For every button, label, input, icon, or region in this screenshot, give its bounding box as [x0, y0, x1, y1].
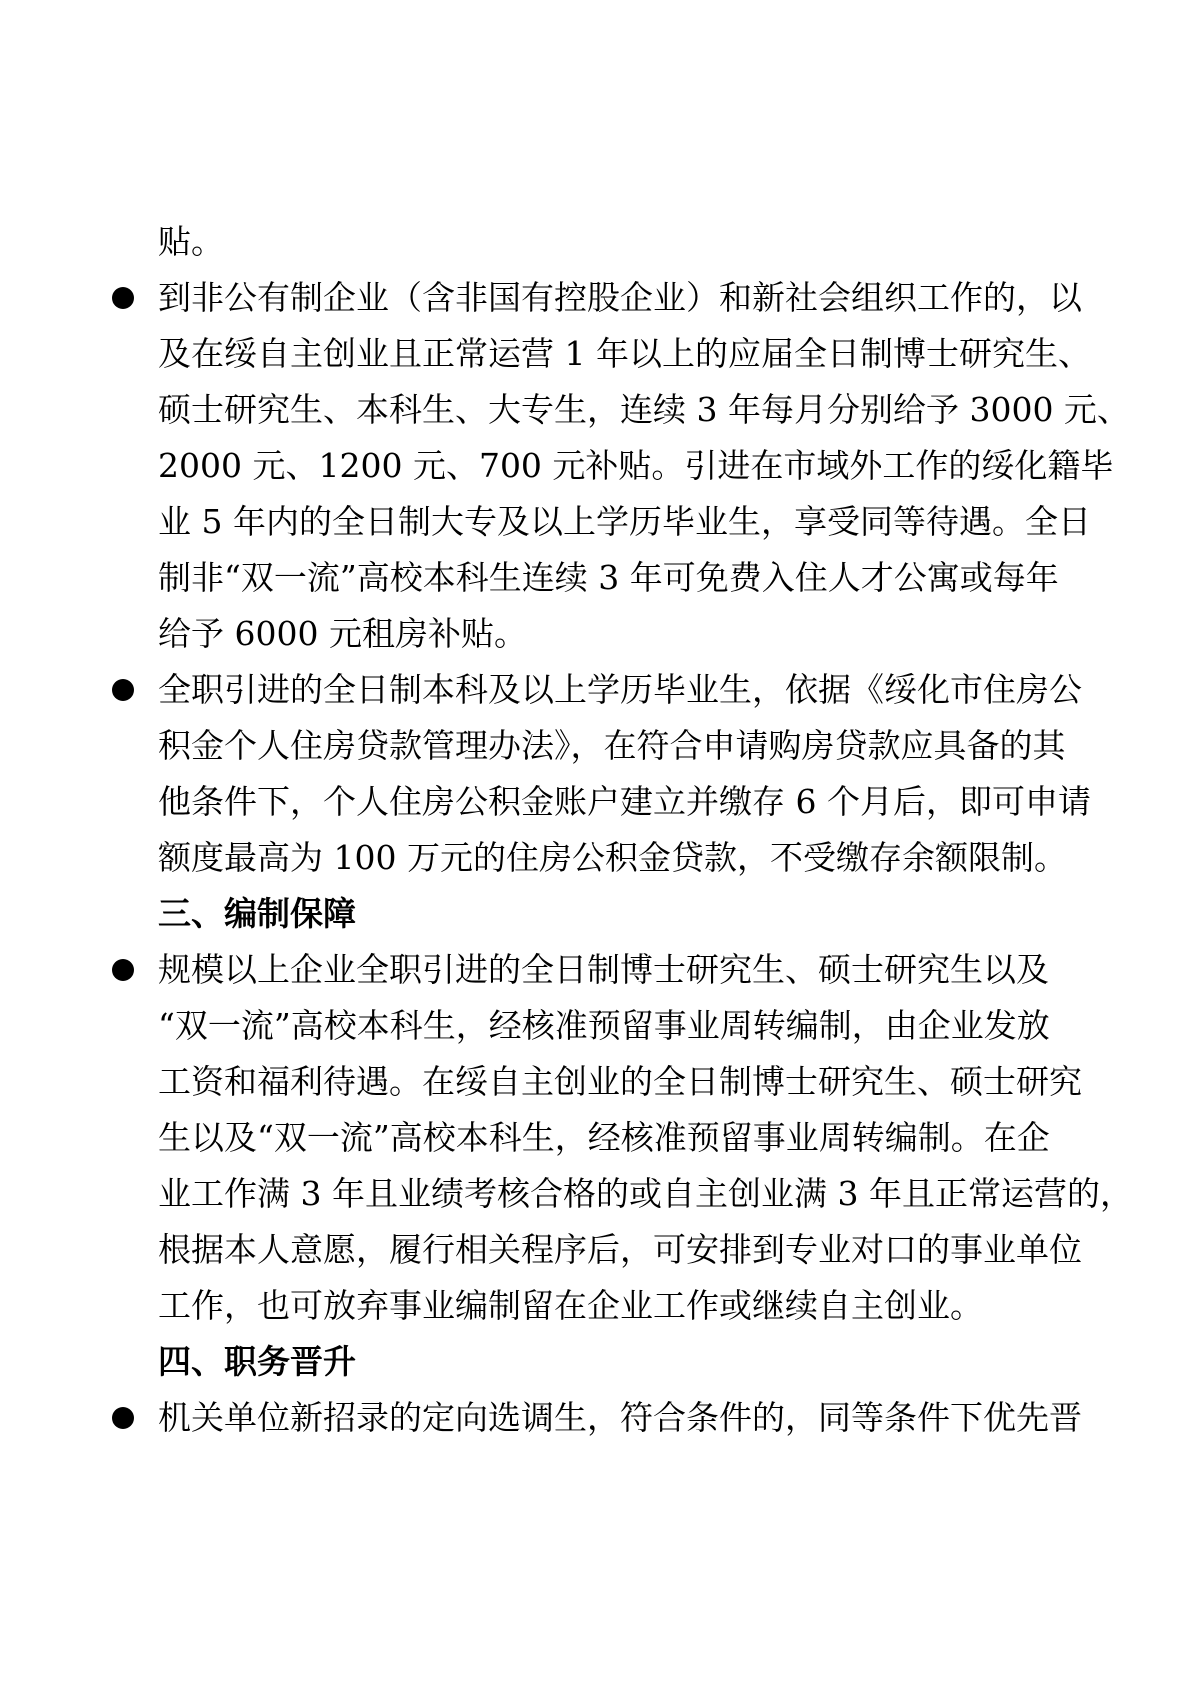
- section-heading: 三、编制保障: [112, 886, 1097, 942]
- text-line: 制非“双一流”高校本科生连续 3 年可免费入住人才公寓或每年: [158, 550, 1097, 606]
- document-body: 贴。到非公有制企业（含非国有控股企业）和新社会组织工作的，以及在绥自主创业且正常…: [112, 214, 1097, 1446]
- text-line: 规模以上企业全职引进的全日制博士研究生、硕士研究生以及: [158, 942, 1097, 998]
- bullet-icon: [112, 959, 134, 981]
- text-line: 硕士研究生、本科生、大专生，连续 3 年每月分别给予 3000 元、: [158, 382, 1097, 438]
- text-line: 全职引进的全日制本科及以上学历毕业生，依据《绥化市住房公: [158, 662, 1097, 718]
- text-line: 根据本人意愿，履行相关程序后，可安排到专业对口的事业单位: [158, 1222, 1097, 1278]
- bullet-icon: [112, 679, 134, 701]
- text-line: 业工作满 3 年且业绩考核合格的或自主创业满 3 年且正常运营的，: [158, 1166, 1097, 1222]
- section-heading: 四、职务晋升: [112, 1334, 1097, 1390]
- text-line: 积金个人住房贷款管理办法》，在符合申请购房贷款应具备的其: [158, 718, 1097, 774]
- text-line: 给予 6000 元租房补贴。: [158, 606, 1097, 662]
- text-line: 机关单位新招录的定向选调生，符合条件的，同等条件下优先晋: [158, 1390, 1097, 1446]
- bullet-paragraph: 到非公有制企业（含非国有控股企业）和新社会组织工作的，以及在绥自主创业且正常运营…: [112, 270, 1097, 662]
- text-line: 及在绥自主创业且正常运营 1 年以上的应届全日制博士研究生、: [158, 326, 1097, 382]
- document-page: 贴。到非公有制企业（含非国有控股企业）和新社会组织工作的，以及在绥自主创业且正常…: [0, 0, 1190, 1683]
- bullet-paragraph: 全职引进的全日制本科及以上学历毕业生，依据《绥化市住房公积金个人住房贷款管理办法…: [112, 662, 1097, 886]
- text-line: 他条件下，个人住房公积金账户建立并缴存 6 个月后，即可申请: [158, 774, 1097, 830]
- bullet-icon: [112, 1407, 134, 1429]
- text-line: 贴。: [158, 214, 1097, 270]
- text-line: 生以及“双一流”高校本科生，经核准预留事业周转编制。在企: [158, 1110, 1097, 1166]
- text-line: 工作，也可放弃事业编制留在企业工作或继续自主创业。: [158, 1278, 1097, 1334]
- bullet-paragraph: 规模以上企业全职引进的全日制博士研究生、硕士研究生以及“双一流”高校本科生，经核…: [112, 942, 1097, 1334]
- bullet-icon: [112, 287, 134, 309]
- text-line: 工资和福利待遇。在绥自主创业的全日制博士研究生、硕士研究: [158, 1054, 1097, 1110]
- text-line: “双一流”高校本科生，经核准预留事业周转编制，由企业发放: [158, 998, 1097, 1054]
- text-line: 业 5 年内的全日制大专及以上学历毕业生，享受同等待遇。全日: [158, 494, 1097, 550]
- text-line: 2000 元、1200 元、700 元补贴。引进在市域外工作的绥化籍毕: [158, 438, 1097, 494]
- continued-paragraph: 贴。: [112, 214, 1097, 270]
- text-line: 到非公有制企业（含非国有控股企业）和新社会组织工作的，以: [158, 270, 1097, 326]
- text-line: 额度最高为 100 万元的住房公积金贷款，不受缴存余额限制。: [158, 830, 1097, 886]
- bullet-paragraph: 机关单位新招录的定向选调生，符合条件的，同等条件下优先晋: [112, 1390, 1097, 1446]
